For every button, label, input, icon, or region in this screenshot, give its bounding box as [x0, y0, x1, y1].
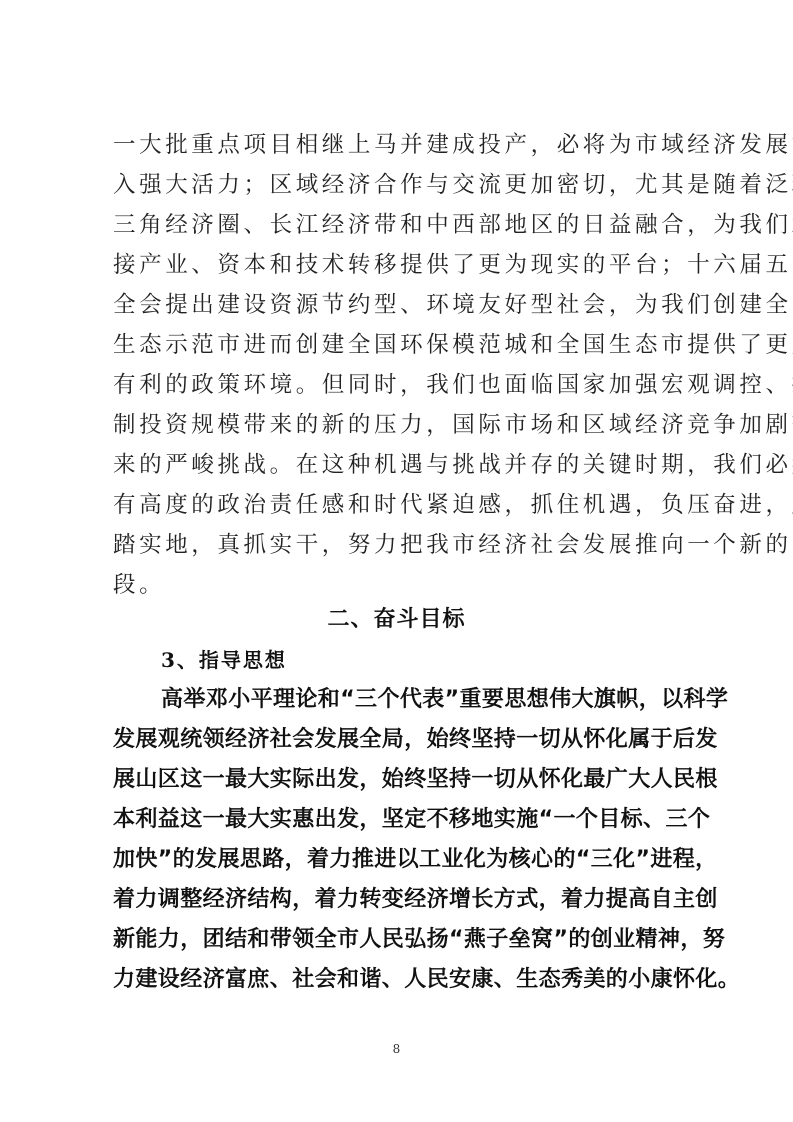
section-heading: 二、奋斗目标: [0, 600, 793, 640]
document-page: 一大批重点项目相继上马并建成投产，必将为市域经济发展注 入强大活力；区域经济合作…: [0, 0, 793, 1122]
text-line: 踏实地，真抓实干，努力把我市经济社会发展推向一个新的阶: [113, 525, 689, 565]
text-line: 加快”的发展思路，着力推进以工业化为核心的“三化”进程，: [113, 840, 689, 880]
text-line: 全会提出建设资源节约型、环境友好型社会，为我们创建全国: [113, 285, 689, 325]
text-line: 力建设经济富庶、社会和谐、人民安康、生态秀美的小康怀化。: [113, 960, 689, 1000]
text-line: 着力调整经济结构，着力转变经济增长方式，着力提高自主创: [113, 880, 689, 920]
text-line: 展山区这一最大实际出发，始终坚持一切从怀化最广大人民根: [113, 760, 689, 800]
text-line: 有高度的政治责任感和时代紧迫感，抓住机遇，负压奋进，脚: [113, 485, 689, 525]
text-line: 制投资规模带来的新的压力，国际市场和区域经济竞争加剧带: [113, 405, 689, 445]
text-line: 发展观统领经济社会发展全局，始终坚持一切从怀化属于后发: [113, 720, 689, 760]
text-line: 有利的政策环境。但同时，我们也面临国家加强宏观调控、控: [113, 365, 689, 405]
text-line: 接产业、资本和技术转移提供了更为现实的平台；十六届五中: [113, 245, 689, 285]
text-line: 三角经济圈、长江经济带和中西部地区的日益融合，为我们承: [113, 205, 689, 245]
text-line: 一大批重点项目相继上马并建成投产，必将为市域经济发展注: [113, 125, 689, 165]
text-line: 新能力，团结和带领全市人民弘扬“燕子垒窝”的创业精神，努: [113, 920, 689, 960]
text-line: 段。: [113, 565, 689, 605]
text-line: 生态示范市进而创建全国环保模范城和全国生态市提供了更为: [113, 325, 689, 365]
text-line: 本利益这一最大实惠出发，坚定不移地实施“一个目标、三个: [113, 800, 689, 840]
subsection-heading: 3、指导思想: [161, 640, 287, 680]
paragraph-guiding-ideology: 高举邓小平理论和“三个代表”重要思想伟大旗帜，以科学 发展观统领经济社会发展全局…: [113, 680, 689, 1000]
page-number: 8: [0, 1042, 793, 1056]
text-line: 入强大活力；区域经济合作与交流更加密切，尤其是随着泛珠: [113, 165, 689, 205]
text-line: 高举邓小平理论和“三个代表”重要思想伟大旗帜，以科学: [113, 680, 689, 720]
paragraph-opportunities-challenges: 一大批重点项目相继上马并建成投产，必将为市域经济发展注 入强大活力；区域经济合作…: [113, 125, 689, 605]
text-line: 来的严峻挑战。在这种机遇与挑战并存的关键时期，我们必须: [113, 445, 689, 485]
